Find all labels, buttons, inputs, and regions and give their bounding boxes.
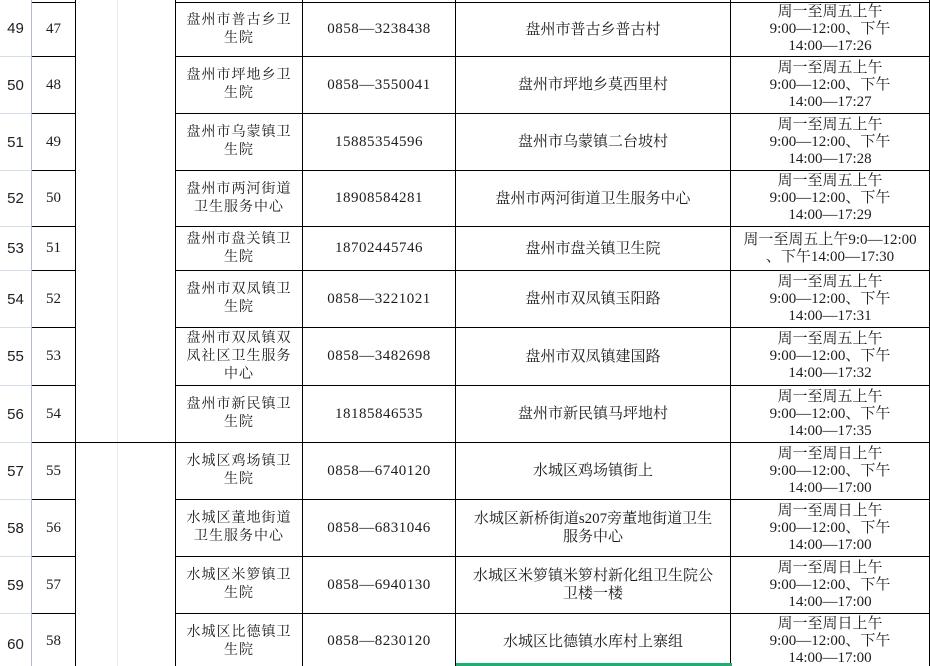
row-number[interactable]: 56: [0, 386, 31, 443]
clinic-name-cell[interactable]: 水城区董地街道 卫生服务中心: [176, 500, 303, 557]
hours-cell[interactable]: 周一至周五上午 9:00—12:00、下午 14:00—17:28: [731, 114, 930, 171]
phone-cell[interactable]: 0858—6740120: [303, 443, 456, 500]
row-number[interactable]: 57: [0, 443, 31, 500]
district-group-cell[interactable]: [76, 171, 176, 227]
clinic-name-cell[interactable]: 盘州市普古乡卫 生院: [176, 3, 303, 57]
phone-cell[interactable]: 18185846535: [303, 386, 456, 443]
phone-cell[interactable]: 0858—3550041: [303, 57, 456, 114]
row-number[interactable]: 51: [0, 114, 31, 171]
clinic-name-cell[interactable]: 水城区比德镇卫 生院: [176, 614, 303, 666]
district-group-cell[interactable]: [76, 614, 176, 666]
phone-cell[interactable]: 18908584281: [303, 171, 456, 227]
serial-number-cell[interactable]: 48: [32, 57, 76, 114]
district-group-cell[interactable]: [76, 227, 176, 271]
serial-number-cell[interactable]: 47: [32, 3, 76, 57]
hours-cell[interactable]: 周一至周五上午 9:00—12:00、下午 14:00—17:29: [731, 171, 930, 227]
phone-cell[interactable]: 0858—6831046: [303, 500, 456, 557]
phone-cell[interactable]: 0858—6940130: [303, 557, 456, 614]
district-group-cell[interactable]: [76, 271, 176, 328]
table-row: 55 水城区鸡场镇卫 生院 0858—6740120 水城区鸡场镇街上 周一至周…: [32, 443, 930, 500]
serial-number-cell[interactable]: 51: [32, 227, 76, 271]
serial-number-cell[interactable]: 58: [32, 614, 76, 666]
table-row: 57 水城区米箩镇卫 生院 0858—6940130 水城区米箩镇米箩村新化组卫…: [32, 557, 930, 614]
clinic-name-cell[interactable]: 水城区鸡场镇卫 生院: [176, 443, 303, 500]
address-cell[interactable]: 盘州市新民镇马坪地村: [456, 386, 731, 443]
row-number[interactable]: 58: [0, 500, 31, 557]
address-cell[interactable]: 盘州市双凤镇玉阳路: [456, 271, 731, 328]
address-cell[interactable]: 盘州市盘关镇卫生院: [456, 227, 731, 271]
clinic-name-cell[interactable]: 盘州市双凤镇卫 生院: [176, 271, 303, 328]
table-row: 49 盘州市乌蒙镇卫 生院 15885354596 盘州市乌蒙镇二台坡村 周一至…: [32, 114, 930, 171]
phone-cell[interactable]: 0858—8230120: [303, 614, 456, 666]
row-number[interactable]: 49: [0, 0, 31, 57]
row-number[interactable]: 54: [0, 271, 31, 328]
table-row: 58 水城区比德镇卫 生院 0858—8230120 水城区比德镇水库村上寨组 …: [32, 614, 930, 666]
row-number[interactable]: 53: [0, 227, 31, 271]
phone-cell[interactable]: 15885354596: [303, 114, 456, 171]
row-number[interactable]: 60: [0, 614, 31, 666]
serial-number-cell[interactable]: 53: [32, 328, 76, 386]
serial-number-cell[interactable]: 57: [32, 557, 76, 614]
clinic-name-cell[interactable]: 盘州市新民镇卫 生院: [176, 386, 303, 443]
row-number[interactable]: 50: [0, 57, 31, 114]
serial-number-cell[interactable]: 52: [32, 271, 76, 328]
address-cell[interactable]: 盘州市乌蒙镇二台坡村: [456, 114, 731, 171]
clinic-name-cell[interactable]: 水城区米箩镇卫 生院: [176, 557, 303, 614]
address-cell[interactable]: 水城区米箩镇米箩村新化组卫生院公 卫楼一楼: [456, 557, 731, 614]
phone-cell[interactable]: 0858—3238438: [303, 3, 456, 57]
address-cell[interactable]: 盘州市坪地乡莫西里村: [456, 57, 731, 114]
serial-number-cell[interactable]: 50: [32, 171, 76, 227]
hours-cell[interactable]: 周一至周日上午 9:00—12:00、下午 14:00—17:00: [731, 500, 930, 557]
district-group-cell[interactable]: [76, 500, 176, 557]
row-number[interactable]: 55: [0, 328, 31, 386]
district-group-cell[interactable]: [76, 57, 176, 114]
clinic-name-cell[interactable]: 盘州市盘关镇卫 生院: [176, 227, 303, 271]
hours-cell[interactable]: 周一至周五上午 9:00—12:00、下午 14:00—17:26: [731, 3, 930, 57]
hours-cell[interactable]: 周一至周五上午9:0—12:00 、下午14:00—17:30: [731, 227, 930, 271]
district-group-cell[interactable]: [76, 328, 176, 386]
hours-cell[interactable]: 周一至周五上午 9:00—12:00、下午 14:00—17:31: [731, 271, 930, 328]
row-number-gutter: 495051525354555657585960: [0, 0, 32, 666]
phone-cell[interactable]: 18702445746: [303, 227, 456, 271]
district-group-cell[interactable]: [76, 557, 176, 614]
serial-number-cell[interactable]: 56: [32, 500, 76, 557]
hours-cell[interactable]: 周一至周日上午 9:00—12:00、下午 14:00—17:00: [731, 557, 930, 614]
phone-cell[interactable]: 0858—3482698: [303, 328, 456, 386]
address-cell[interactable]: 水城区鸡场镇街上: [456, 443, 731, 500]
row-number[interactable]: 52: [0, 171, 31, 227]
table-row: 52 盘州市双凤镇卫 生院 0858—3221021 盘州市双凤镇玉阳路 周一至…: [32, 271, 930, 328]
hours-cell[interactable]: 周一至周日上午 9:00—12:00、下午 14:00—17:00: [731, 443, 930, 500]
clinic-name-cell[interactable]: 盘州市坪地乡卫 生院: [176, 57, 303, 114]
table-row: 54 盘州市新民镇卫 生院 18185846535 盘州市新民镇马坪地村 周一至…: [32, 386, 930, 443]
table-row: 56 水城区董地街道 卫生服务中心 0858—6831046 水城区新桥街道s2…: [32, 500, 930, 557]
serial-number-cell[interactable]: 54: [32, 386, 76, 443]
clinic-name-cell[interactable]: 盘州市乌蒙镇卫 生院: [176, 114, 303, 171]
row-number[interactable]: 59: [0, 557, 31, 614]
address-cell[interactable]: 盘州市两河街道卫生服务中心: [456, 171, 731, 227]
phone-cell[interactable]: 0858—3221021: [303, 271, 456, 328]
district-group-cell[interactable]: [76, 443, 176, 500]
table-row: 51 盘州市盘关镇卫 生院 18702445746 盘州市盘关镇卫生院 周一至周…: [32, 227, 930, 271]
table-row: 53 盘州市双凤镇双 凤社区卫生服务 中心 0858—3482698 盘州市双凤…: [32, 328, 930, 386]
serial-number-cell[interactable]: 49: [32, 114, 76, 171]
hours-cell[interactable]: 周一至周五上午 9:00—12:00、下午 14:00—17:32: [731, 328, 930, 386]
district-group-cell[interactable]: [76, 386, 176, 443]
address-cell[interactable]: 水城区比德镇水库村上寨组: [456, 614, 731, 666]
hours-cell[interactable]: 周一至周日上午 9:00—12:00、下午 14:00—17:00: [731, 614, 930, 666]
health-clinics-table: 47 盘州市普古乡卫 生院 0858—3238438 盘州市普古乡普古村 周一至…: [32, 0, 930, 666]
hours-cell[interactable]: 周一至周五上午 9:00—12:00、下午 14:00—17:35: [731, 386, 930, 443]
clinic-name-cell[interactable]: 盘州市双凤镇双 凤社区卫生服务 中心: [176, 328, 303, 386]
district-group-cell[interactable]: [76, 114, 176, 171]
hours-cell[interactable]: 周一至周五上午 9:00—12:00、下午 14:00—17:27: [731, 57, 930, 114]
district-group-cell[interactable]: [76, 3, 176, 57]
address-cell[interactable]: 盘州市双凤镇建国路: [456, 328, 731, 386]
table-row: 48 盘州市坪地乡卫 生院 0858—3550041 盘州市坪地乡莫西里村 周一…: [32, 57, 930, 114]
table-row: 50 盘州市两河街道 卫生服务中心 18908584281 盘州市两河街道卫生服…: [32, 171, 930, 227]
clinic-name-cell[interactable]: 盘州市两河街道 卫生服务中心: [176, 171, 303, 227]
serial-number-cell[interactable]: 55: [32, 443, 76, 500]
table-row: 47 盘州市普古乡卫 生院 0858—3238438 盘州市普古乡普古村 周一至…: [32, 3, 930, 57]
address-cell[interactable]: 盘州市普古乡普古村: [456, 3, 731, 57]
address-cell[interactable]: 水城区新桥街道s207旁董地街道卫生 服务中心: [456, 500, 731, 557]
